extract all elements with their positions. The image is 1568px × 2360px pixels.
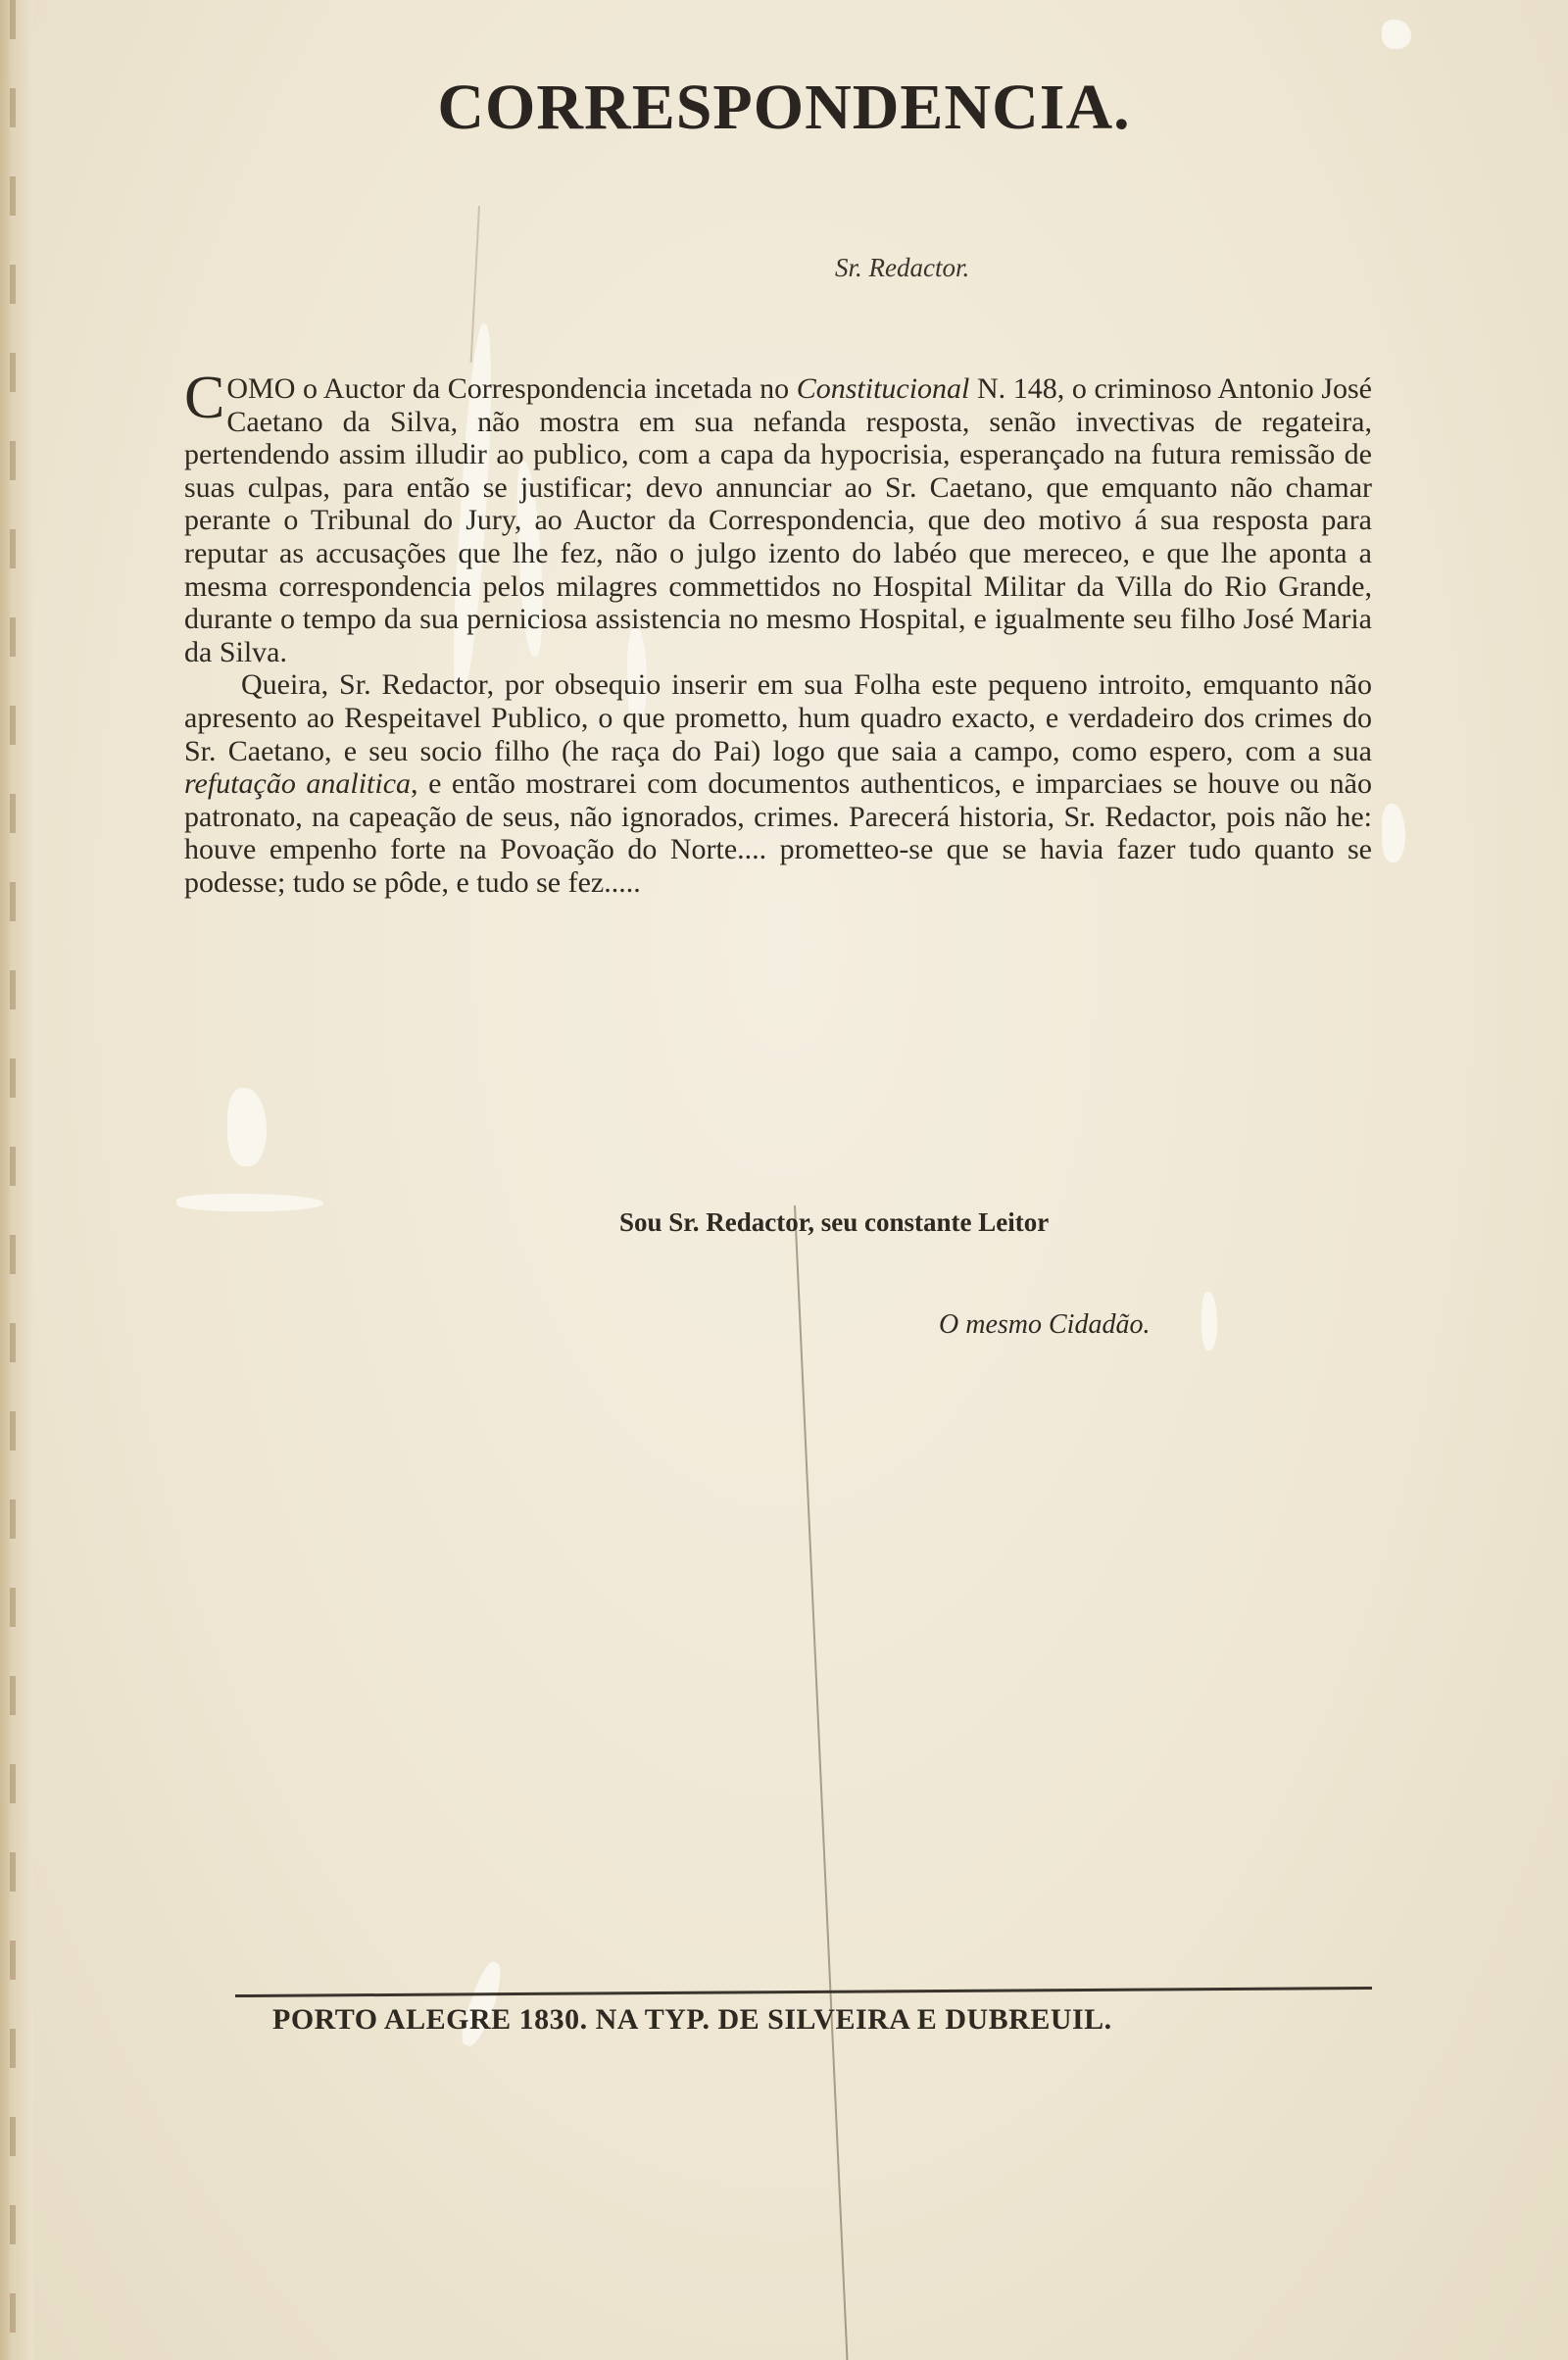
paper-damage xyxy=(1382,20,1411,49)
letter-body: COMO o Auctor da Correspondencia incetad… xyxy=(184,372,1372,900)
paper-damage xyxy=(1382,804,1405,862)
imprint-rule-divider xyxy=(235,1987,1372,1997)
printer-imprint: PORTO ALEGRE 1830. NA TYP. DE SILVEIRA E… xyxy=(272,2003,1112,2037)
paper-damage xyxy=(227,1088,267,1166)
drop-cap: C xyxy=(184,378,224,418)
paper-crack xyxy=(794,1205,849,2360)
binding-edge xyxy=(0,0,33,2360)
emphasis: refutação analitica xyxy=(184,767,411,800)
scanned-page: CORRESPONDENCIA. Sr. Redactor. COMO o Au… xyxy=(0,0,1568,2360)
paper-damage xyxy=(1201,1292,1217,1351)
signature: O mesmo Cidadão. xyxy=(939,1309,1150,1341)
paper-damage xyxy=(176,1194,323,1211)
salutation: Sr. Redactor. xyxy=(835,253,969,283)
page-title: CORRESPONDENCIA. xyxy=(0,71,1568,145)
paragraph-1: COMO o Auctor da Correspondencia incetad… xyxy=(184,372,1372,668)
closing-line: Sou Sr. Redactor, seu constante Leitor xyxy=(619,1207,1049,1238)
paragraph-2: Queira, Sr. Redactor, por obsequio inser… xyxy=(184,668,1372,899)
newspaper-name: Constitucional xyxy=(797,372,970,405)
